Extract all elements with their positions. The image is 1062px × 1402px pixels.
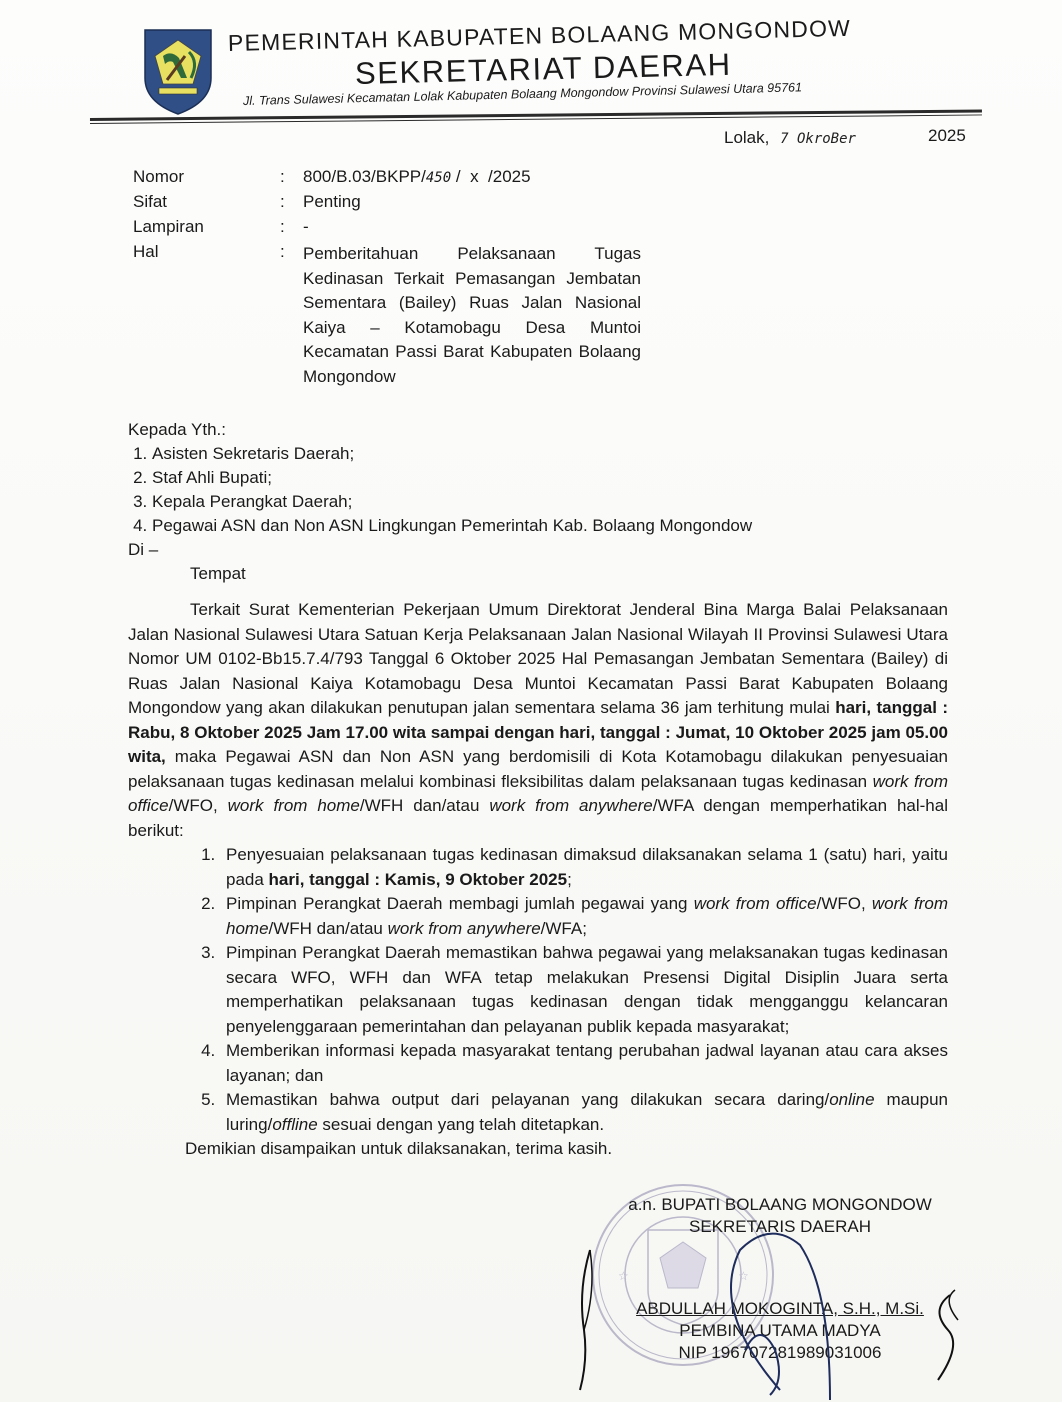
recipients: Kepada Yth.: Asisten Sekretaris Daerah; … xyxy=(128,418,752,586)
recipient-item: Asisten Sekretaris Daerah; xyxy=(152,442,752,466)
recipient-item: Staf Ahli Bupati; xyxy=(152,466,752,490)
recipient-item: Kepala Perangkat Daerah; xyxy=(152,490,752,514)
handwritten-date: 7 OkroBer xyxy=(780,131,856,147)
letter-number: 800/B.03/BKPP/450 / x /2025 xyxy=(303,167,643,187)
meta-sifat: Sifat : Penting xyxy=(133,192,643,217)
closing: Demikian disampaikan untuk dilaksanakan,… xyxy=(128,1137,948,1162)
instruction-list: Penyesuaian pelaksanaan tugas kedinasan … xyxy=(128,843,948,1137)
instruction-item: Pimpinan Perangkat Daerah membagi jumlah… xyxy=(220,892,948,941)
recipient-list: Asisten Sekretaris Daerah; Staf Ahli Bup… xyxy=(128,442,752,538)
meta-lampiran: Lampiran : - xyxy=(133,217,643,242)
handwritten-signature-icon xyxy=(570,1230,970,1400)
body-paragraph: Terkait Surat Kementerian Pekerjaan Umum… xyxy=(128,598,948,843)
regency-coat-of-arms-icon xyxy=(141,26,215,116)
meta-nomor: Nomor : 800/B.03/BKPP/450 / x /2025 xyxy=(133,167,643,192)
recipient-item: Pegawai ASN dan Non ASN Lingkungan Pemer… xyxy=(152,514,752,538)
salutation: Kepada Yth.: xyxy=(128,418,752,442)
tempat: Tempat xyxy=(128,562,752,586)
letter-meta: Nomor : 800/B.03/BKPP/450 / x /2025 Sifa… xyxy=(133,167,643,389)
year: 2025 xyxy=(928,126,966,146)
instruction-item: Memastikan bahwa output dari pelayanan y… xyxy=(220,1088,948,1137)
letterhead-divider xyxy=(90,109,982,126)
instruction-item: Penyesuaian pelaksanaan tugas kedinasan … xyxy=(220,843,948,892)
meta-hal: Hal : Pemberitahuan Pelaksanaan Tugas Ke… xyxy=(133,242,643,389)
instruction-item: Memberikan informasi kepada masyarakat t… xyxy=(220,1039,948,1088)
letter-page: PEMERINTAH KABUPATEN BOLAANG MONGONDOW S… xyxy=(0,0,1062,1402)
di: Di – xyxy=(128,538,752,562)
letter-body: Terkait Surat Kementerian Pekerjaan Umum… xyxy=(128,598,948,1162)
place-date: Lolak, 7 OkroBer 2025 xyxy=(724,128,862,148)
instruction-item: Pimpinan Perangkat Daerah memastikan bah… xyxy=(220,941,948,1039)
place: Lolak, xyxy=(724,128,769,147)
on-behalf: a.n. BUPATI BOLAANG MONGONDOW xyxy=(600,1194,960,1216)
subject: Pemberitahuan Pelaksanaan Tugas Kedinasa… xyxy=(303,242,641,389)
